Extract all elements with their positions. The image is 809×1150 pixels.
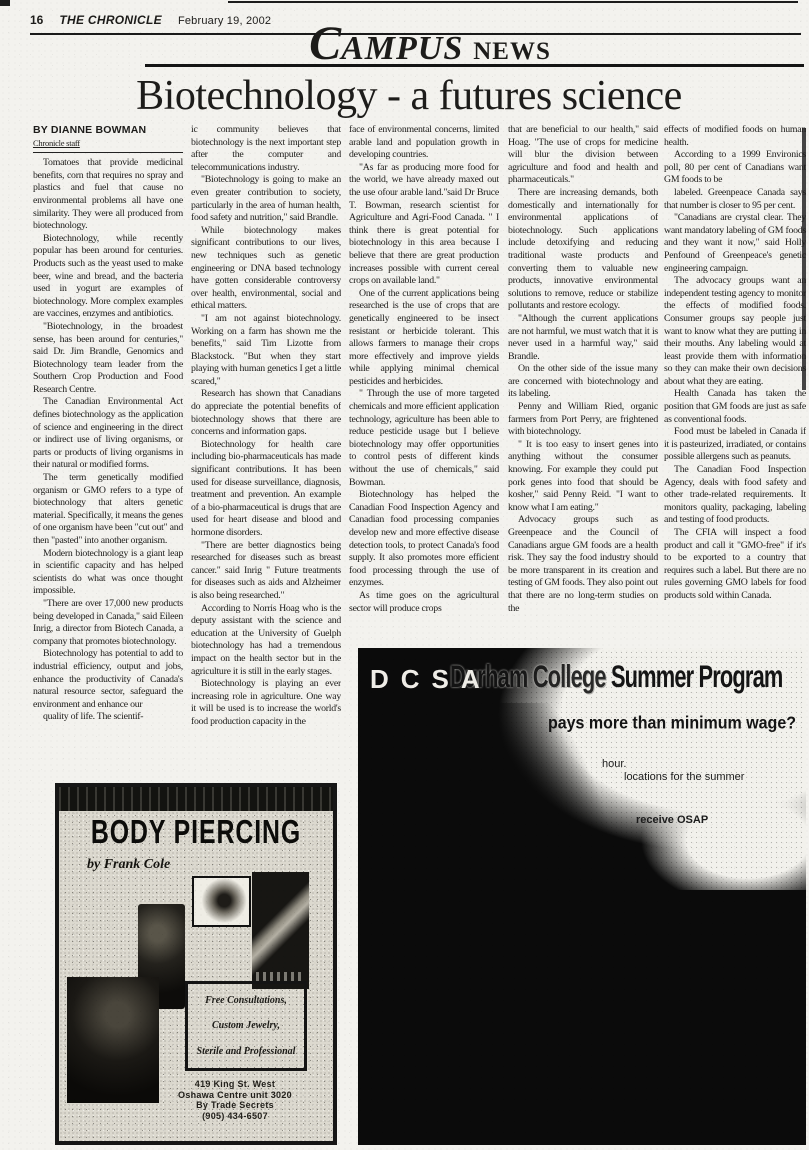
article-paragraph: Tomatoes that provide medicinal benefits… — [33, 157, 183, 233]
paper-name: THE CHRONICLE — [59, 13, 162, 27]
article-column-4: that are beneficial to our health," said… — [508, 124, 658, 646]
article-paragraph: The advocacy groups want an independent … — [664, 275, 806, 388]
article-paragraph: "Although the current applications are n… — [508, 313, 658, 363]
dcsa-ad-line: locations for the summer — [624, 771, 744, 783]
article-paragraph: "Biotechnology, in the broadest sense, h… — [33, 321, 183, 397]
article-column-2: ic community believes that biotechnology… — [191, 124, 341, 782]
dcsa-summer-program-ad: Durham College Summer Program DCSA pays … — [358, 648, 806, 1145]
address-line: (905) 434-6507 — [147, 1111, 323, 1122]
dcsa-ad-title: Durham College Summer Program — [450, 658, 782, 695]
article-paragraph: "Canadians are crystal clear. They want … — [664, 212, 806, 275]
article-paragraph: "There are better diagnostics being rese… — [191, 540, 341, 603]
article-paragraph: quality of life. The scientif- — [33, 711, 183, 724]
section-title-initial: C — [309, 24, 341, 64]
article-paragraph: According to Norris Hoag who is the depu… — [191, 603, 341, 679]
article-paragraph: Penny and William Ried, organic farmers … — [508, 401, 658, 439]
address-line: 419 King St. West — [147, 1079, 323, 1090]
byline-credit: Chronicle staff — [33, 137, 183, 150]
article-paragraph: Biotechnology is playing an ever increas… — [191, 678, 341, 728]
article-paragraph: The Canadian Food Inspection Agency, dea… — [664, 464, 806, 527]
dcsa-ad-line: receive OSAP — [636, 814, 708, 826]
dcsa-ad-subtitle: pays more than minimum wage? — [518, 714, 796, 734]
article-paragraph: Biotechnology for health care including … — [191, 439, 341, 540]
article-paragraph: Food must be labeled in Canada if it is … — [664, 426, 806, 464]
piercing-features-box: Free Consultations, Custom Jewelry, Ster… — [185, 981, 307, 1071]
article-paragraph: " Through the use of more targeted chemi… — [349, 388, 499, 489]
address-line: Oshawa Centre unit 3020 — [147, 1090, 323, 1101]
piercing-inset-photo — [252, 872, 309, 989]
article-paragraph: " It is too easy to insert genes into an… — [508, 439, 658, 515]
piercing-feature: Sterile and Professional — [190, 1046, 302, 1057]
dcsa-ad-line: hour. — [602, 758, 626, 770]
article-column-5: effects of modified foods on human healt… — [664, 124, 806, 646]
article-paragraph: "As far as producing more food for the w… — [349, 162, 499, 288]
eyebrow-piercing-photo — [192, 876, 251, 927]
article-paragraph: The term genetically modified organism o… — [33, 472, 183, 548]
section-title: C AMPUS NEWS — [255, 24, 605, 68]
article-paragraph: On the other side of the issue many are … — [508, 363, 658, 401]
scan-artifact-corner — [0, 0, 10, 6]
article-paragraph: that are beneficial to our health," said… — [508, 124, 658, 187]
scan-artifact-top — [228, 1, 798, 3]
ad-top-banner — [59, 787, 333, 811]
article-paragraph: Modern biotechnology is a giant leap in … — [33, 548, 183, 598]
article-paragraph: Research has shown that Canadians do app… — [191, 388, 341, 438]
article-paragraph: The CFIA will inspect a food product and… — [664, 527, 806, 603]
article-paragraph: The Canadian Environmental Act defines b… — [33, 396, 183, 472]
article-paragraph: Biotechnology has potential to add to in… — [33, 648, 183, 711]
article-paragraph: "Biotechnology is going to make an even … — [191, 174, 341, 224]
article-paragraph: Biotechnology, while recently popular ha… — [33, 233, 183, 321]
article-paragraph: Biotechnology has helped the Canadian Fo… — [349, 489, 499, 590]
piercing-feature: Custom Jewelry, — [190, 1020, 302, 1031]
article-paragraph: "I am not against biotechnology. Working… — [191, 313, 341, 389]
article-paragraph: As time goes on the agricultural sector … — [349, 590, 499, 615]
address-line: By Trade Secrets — [147, 1100, 323, 1111]
article-paragraph: According to a 1999 Environics poll, 80 … — [664, 149, 806, 187]
article-paragraph: Health Canada has taken the position tha… — [664, 388, 806, 426]
piercing-feature: Free Consultations, — [190, 995, 302, 1006]
article-column-1: BY DIANNE BOWMAN Chronicle staff Tomatoe… — [33, 124, 183, 782]
piercing-address: 419 King St. West Oshawa Centre unit 302… — [147, 1079, 323, 1121]
pierced-person-photo — [67, 977, 159, 1103]
article-paragraph: While biotechnology makes significant co… — [191, 225, 341, 313]
article-paragraph: labeled. Greenpeace Canada says that num… — [664, 187, 806, 212]
article-paragraph: face of environmental concerns, limited … — [349, 124, 499, 162]
dcsa-ad-title-part2: Summer Program — [611, 658, 783, 694]
article-paragraph: ic community believes that biotechnology… — [191, 124, 341, 174]
byline: BY DIANNE BOWMAN Chronicle staff — [33, 124, 183, 153]
newspaper-page: 16 THE CHRONICLE February 19, 2002 C AMP… — [0, 0, 809, 1150]
article-paragraph: effects of modified foods on human healt… — [664, 124, 806, 149]
body-piercing-ad: BODY PIERCING by Frank Cole Free Consult… — [55, 783, 337, 1145]
section-title-rest: AMPUS — [341, 30, 463, 68]
section-title-second: NEWS — [473, 38, 551, 66]
article-paragraph: Advocacy groups such as Greenpeace and t… — [508, 514, 658, 615]
piercing-ad-title: BODY PIERCING — [70, 813, 322, 852]
article-paragraph: One of the current applications being re… — [349, 288, 499, 389]
article-paragraph: "There are over 17,000 new products bein… — [33, 598, 183, 648]
article-paragraph: There are increasing demands, both domes… — [508, 187, 658, 313]
byline-author: BY DIANNE BOWMAN — [33, 124, 183, 137]
page-number: 16 — [30, 13, 43, 27]
article-column-3: face of environmental concerns, limited … — [349, 124, 499, 646]
article-headline: Biotechnology - a futures science — [38, 72, 780, 120]
piercing-ad-subtitle: by Frank Cole — [87, 857, 170, 873]
dcsa-logo: DCSA — [370, 664, 492, 695]
